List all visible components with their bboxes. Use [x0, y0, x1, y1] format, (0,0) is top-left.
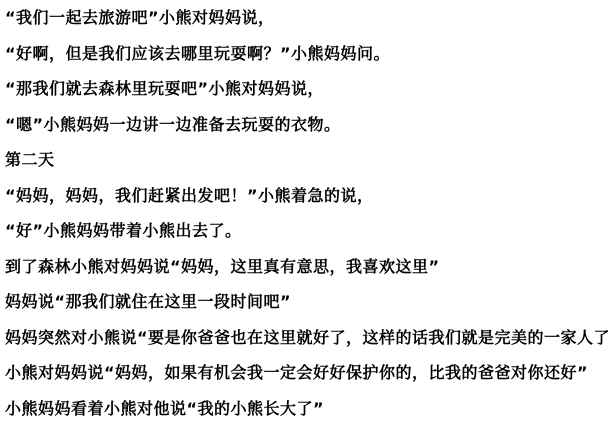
story-line: “妈妈，妈妈，我们赶紧出发吧！”小熊着急的说，	[5, 178, 608, 214]
story-line: “好啊，但是我们应该去哪里玩耍啊？”小熊妈妈问。	[5, 36, 608, 72]
story-line: 到了森林小熊对妈妈说“妈妈，这里真有意思，我喜欢这里”	[5, 249, 608, 285]
story-line: “好”小熊妈妈带着小熊出去了。	[5, 213, 608, 249]
story-line: “嗯”小熊妈妈一边讲一边准备去玩耍的衣物。	[5, 107, 608, 143]
story-line: 小熊妈妈看着小熊对他说“我的小熊长大了”	[5, 391, 608, 427]
story-line: 妈妈突然对小熊说“要是你爸爸也在这里就好了，这样的话我们就是完美的一家人了”	[5, 320, 608, 356]
story-line: 小熊对妈妈说“妈妈，如果有机会我一定会好好保护你的，比我的爸爸对你还好”	[5, 355, 608, 391]
story-line: “那我们就去森林里玩耍吧”小熊对妈妈说，	[5, 71, 608, 107]
document-page: “我们一起去旅游吧”小熊对妈妈说， “好啊，但是我们应该去哪里玩耍啊？”小熊妈妈…	[0, 0, 616, 446]
story-line: “我们一起去旅游吧”小熊对妈妈说，	[5, 0, 608, 36]
story-line: 妈妈说“那我们就住在这里一段时间吧”	[5, 284, 608, 320]
story-section-heading: 第二天	[5, 142, 608, 178]
